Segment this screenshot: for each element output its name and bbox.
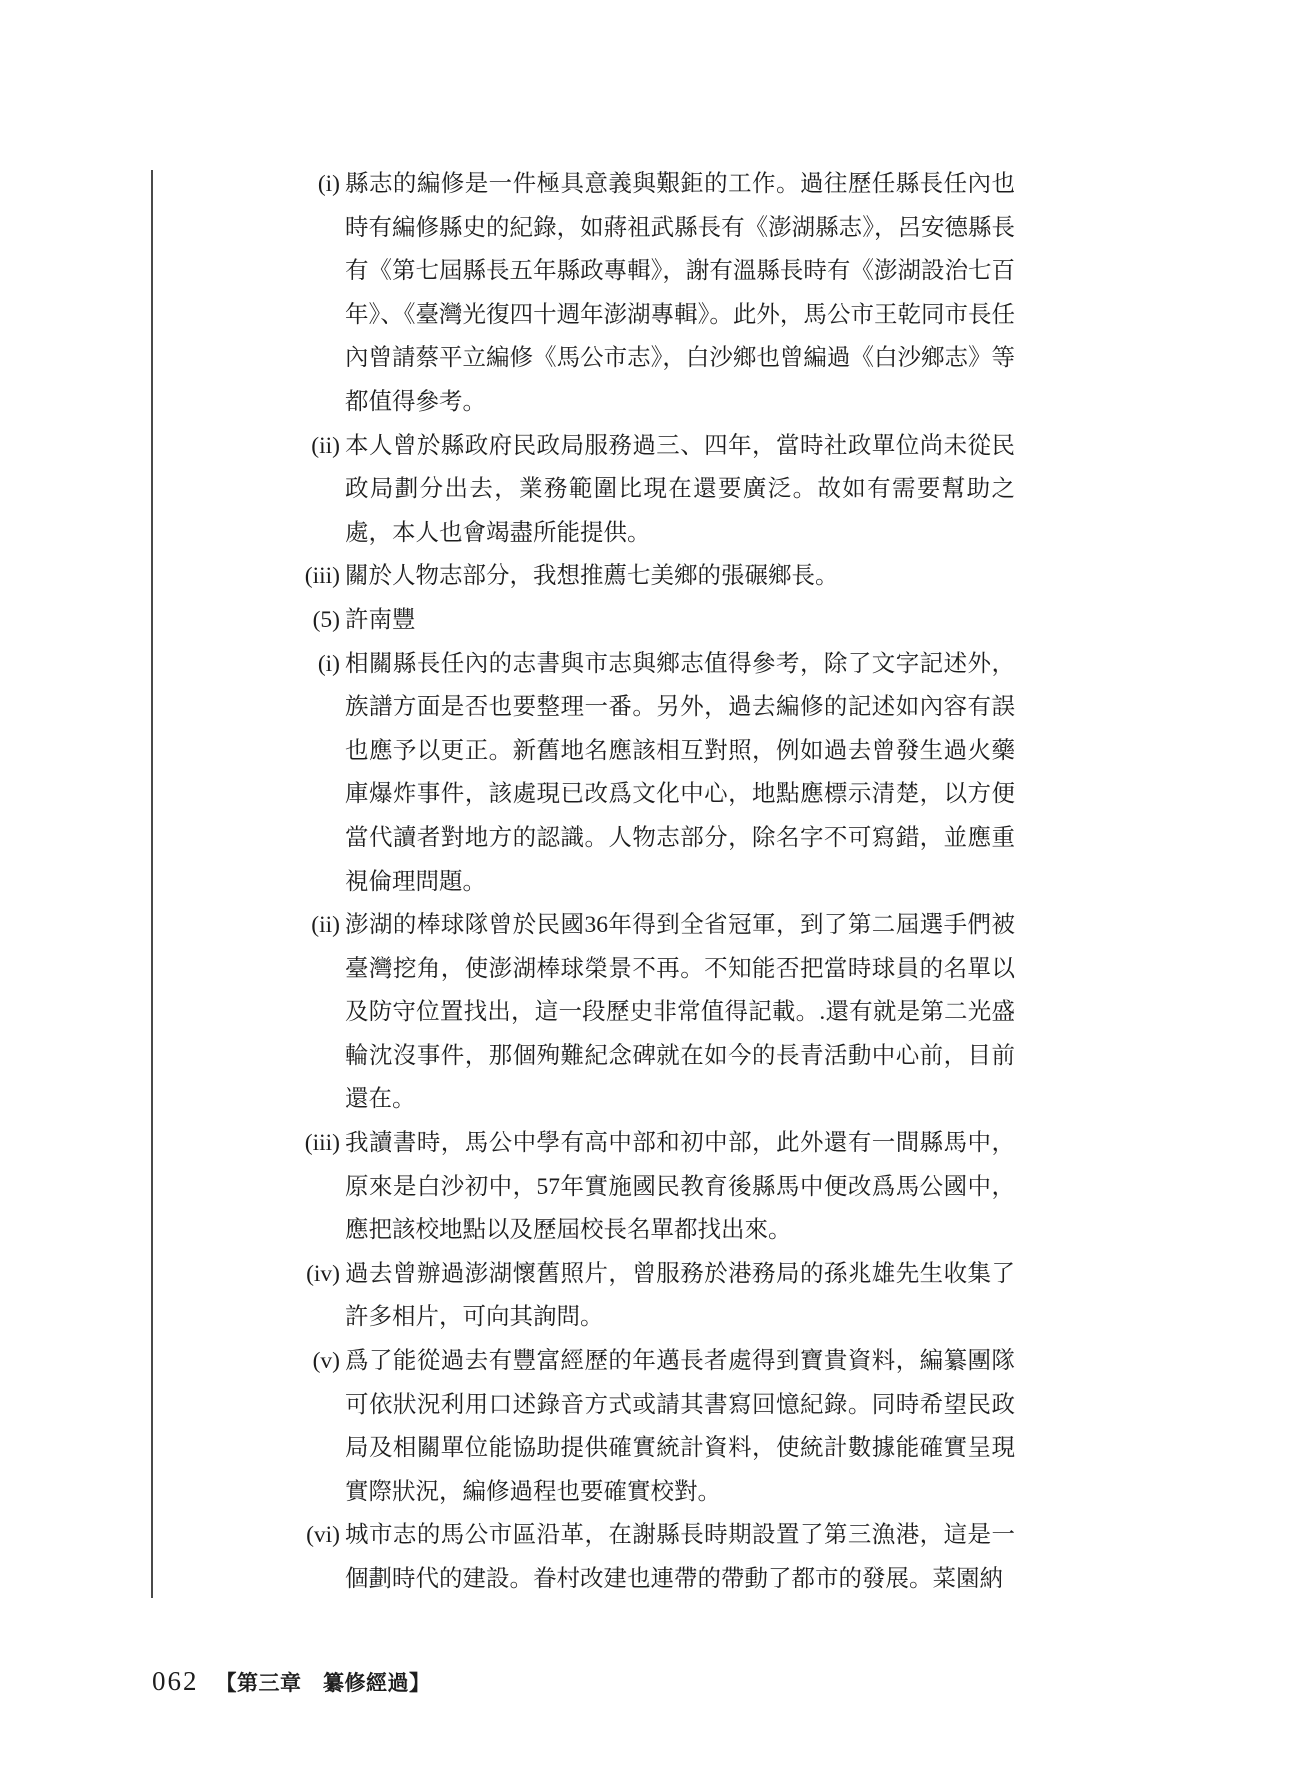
item-label: (vi) bbox=[233, 1514, 345, 1601]
list-item: (iii)我讀書時，馬公中學有高中部和初中部，此外還有一間縣馬中，原來是白沙初中… bbox=[233, 1122, 1023, 1253]
item-text: 澎湖的棒球隊曾於民國36年得到全省冠軍，到了第二屆選手們被臺灣挖角，使澎湖棒球榮… bbox=[345, 904, 1015, 1122]
item-label: (i) bbox=[233, 163, 345, 425]
item-label: (ii) bbox=[233, 425, 345, 556]
item-text: 過去曾辦過澎湖懷舊照片，曾服務於港務局的孫兆雄先生收集了許多相片，可向其詢問。 bbox=[345, 1253, 1015, 1340]
list-item: (v)爲了能從過去有豐富經歷的年邁長者處得到寶貴資料，編纂團隊可依狀況利用口述錄… bbox=[233, 1340, 1023, 1514]
item-text: 相關縣長任內的志書與市志與鄉志值得參考，除了文字記述外，族譜方面是否也要整理一番… bbox=[345, 643, 1015, 905]
list-item: (iii)關於人物志部分，我想推薦七美鄉的張碾鄉長。 bbox=[233, 555, 1023, 599]
list-item: (iv)過去曾辦過澎湖懷舊照片，曾服務於港務局的孫兆雄先生收集了許多相片，可向其… bbox=[233, 1253, 1023, 1340]
item-text: 關於人物志部分，我想推薦七美鄉的張碾鄉長。 bbox=[345, 555, 1015, 599]
item-text: 縣志的編修是一件極具意義與艱鉅的工作。過往歷任縣長任內也時有編修縣史的紀錄，如蔣… bbox=[345, 163, 1015, 425]
item-text: 城市志的馬公市區沿革，在謝縣長時期設置了第三漁港，這是一個劃時代的建設。眷村改建… bbox=[345, 1514, 1015, 1601]
page-footer: 062 【第三章 纂修經過】 bbox=[152, 1666, 431, 1697]
list-item: (i)相關縣長任內的志書與市志與鄉志值得參考，除了文字記述外，族譜方面是否也要整… bbox=[233, 643, 1023, 905]
item-text: 本人曾於縣政府民政局服務過三、四年，當時社政單位尚未從民政局劃分出去，業務範圍比… bbox=[345, 425, 1015, 556]
chapter-title: 【第三章 纂修經過】 bbox=[216, 1667, 431, 1697]
item-label: (iii) bbox=[233, 555, 345, 599]
item-label: (v) bbox=[233, 1340, 345, 1514]
item-label: (iv) bbox=[233, 1253, 345, 1340]
item-text: 許南豐 bbox=[345, 599, 1015, 643]
list-item: (5)許南豐 bbox=[233, 599, 1023, 643]
item-label: (iii) bbox=[233, 1122, 345, 1253]
list-item: (ii)本人曾於縣政府民政局服務過三、四年，當時社政單位尚未從民政局劃分出去，業… bbox=[233, 425, 1023, 556]
item-label: (5) bbox=[233, 599, 345, 643]
list-item: (i)縣志的編修是一件極具意義與艱鉅的工作。過往歷任縣長任內也時有編修縣史的紀錄… bbox=[233, 163, 1023, 425]
list-item: (ii)澎湖的棒球隊曾於民國36年得到全省冠軍，到了第二屆選手們被臺灣挖角，使澎… bbox=[233, 904, 1023, 1122]
item-label: (ii) bbox=[233, 904, 345, 1122]
item-text: 我讀書時，馬公中學有高中部和初中部，此外還有一間縣馬中，原來是白沙初中，57年實… bbox=[345, 1122, 1015, 1253]
list-item: (vi)城市志的馬公市區沿革，在謝縣長時期設置了第三漁港，這是一個劃時代的建設。… bbox=[233, 1514, 1023, 1601]
item-label: (i) bbox=[233, 643, 345, 905]
left-margin-rule bbox=[151, 170, 153, 1598]
book-page: { "document": { "entries": [ { "level": … bbox=[0, 0, 1300, 1779]
main-text-block: (i)縣志的編修是一件極具意義與艱鉅的工作。過往歷任縣長任內也時有編修縣史的紀錄… bbox=[233, 163, 1023, 1602]
page-number: 062 bbox=[152, 1666, 199, 1697]
item-text: 爲了能從過去有豐富經歷的年邁長者處得到寶貴資料，編纂團隊可依狀況利用口述錄音方式… bbox=[345, 1340, 1015, 1514]
